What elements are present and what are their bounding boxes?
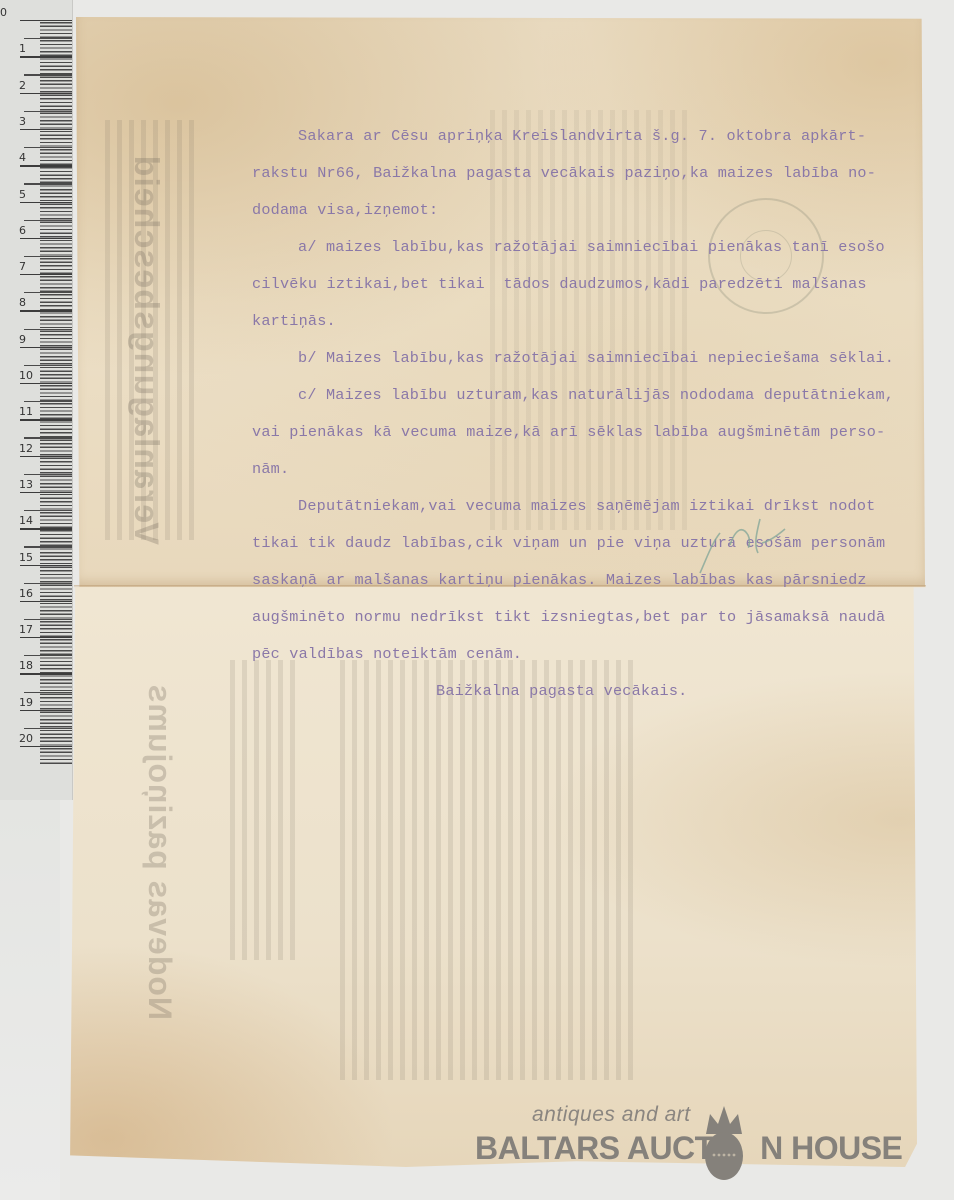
ruler-label: 16: [19, 587, 33, 600]
ruler-half-tick: [24, 256, 72, 257]
ruler-major-tick: [20, 347, 72, 348]
ruler-half-tick: [24, 510, 72, 511]
text-line: saskaņā ar malšanas kartiņu pienākas. Ma…: [252, 562, 932, 599]
ruler-half-tick: [24, 365, 72, 366]
ruler-half-tick: [24, 728, 72, 729]
ruler-half-tick: [24, 183, 72, 184]
watermark-brand: BALTARS AUCTIN HOUSE: [475, 1130, 902, 1167]
ruler-label: 3: [19, 115, 26, 128]
ruler-half-tick: [24, 619, 72, 620]
ruler-major-tick: [20, 202, 72, 203]
ruler-half-tick: [24, 292, 72, 293]
ruler-major-tick: [20, 419, 72, 420]
ruler-label: 9: [19, 333, 26, 346]
ruler-major-tick: [20, 565, 72, 566]
ruler-label: 8: [19, 296, 26, 309]
text-line: b/ Maizes labību,kas ražotājai saimniecī…: [252, 340, 932, 377]
ruler-major-tick: [20, 528, 72, 529]
ruler-half-tick: [24, 474, 72, 475]
ruler-major-tick: [20, 710, 72, 711]
ruler-label: 15: [19, 551, 33, 564]
text-line: augšminēto normu nedrīkst tikt izsniegta…: [252, 599, 932, 636]
bleed-through-text-block: [105, 120, 195, 540]
handwritten-signature: [690, 515, 790, 575]
ruler-major-tick: [20, 310, 72, 311]
ruler-label: 20: [19, 732, 33, 745]
ruler-major-tick: [20, 165, 72, 166]
watermark-brand-right: N HOUSE: [760, 1130, 902, 1166]
measuring-ruler: 01234567891011121314151617181920: [0, 0, 73, 800]
ruler-major-tick: [20, 238, 72, 239]
ruler-half-tick: [24, 220, 72, 221]
ruler-half-tick: [24, 329, 72, 330]
text-line: pēc valdības noteiktām cenām.: [252, 636, 932, 673]
text-line: Deputātniekam,vai vecuma maizes saņēmēja…: [252, 488, 932, 525]
ruler-major-tick: [20, 746, 72, 747]
text-line: tikai tik daudz labības,cik viņam un pie…: [252, 525, 932, 562]
ruler-label: 19: [19, 696, 33, 709]
watermark-brand-left: BALTARS AUCTI: [475, 1130, 722, 1166]
ruler-label: 6: [19, 224, 26, 237]
watermark-tagline: antiques and art: [532, 1103, 691, 1127]
ruler-major-tick: [20, 274, 72, 275]
ruler-half-tick: [24, 111, 72, 112]
ruler-label: 11: [19, 405, 33, 418]
ruler-label: 13: [19, 478, 33, 491]
text-line: vai pienākas kā vecuma maize,kā arī sēkl…: [252, 414, 932, 451]
ruler-half-tick: [24, 147, 72, 148]
ruler-label: 5: [19, 188, 26, 201]
bleed-through-heading-lower: Nodevas paziņojums: [141, 684, 178, 1020]
ruler-major-tick: [20, 601, 72, 602]
ruler-major-tick: [20, 129, 72, 130]
ruler-major-tick: [20, 56, 72, 57]
signature-line: Baižkalna pagasta vecākais.: [252, 673, 932, 710]
ruler-ticks: [40, 22, 72, 764]
ruler-label: 4: [19, 151, 26, 164]
ruler-label: 7: [19, 260, 26, 273]
ruler-half-tick: [24, 74, 72, 75]
ruler-half-tick: [24, 583, 72, 584]
text-line: a/ maizes labību,kas ražotājai saimniecī…: [252, 229, 932, 266]
ruler-label: 10: [19, 369, 33, 382]
ruler-major-tick: [20, 20, 72, 21]
ruler-major-tick: [20, 456, 72, 457]
ruler-label: 14: [19, 514, 33, 527]
ruler-half-tick: [24, 437, 72, 438]
ruler-label: 2: [19, 79, 26, 92]
ruler-half-tick: [24, 692, 72, 693]
text-line: cilvēku iztikai,bet tikai tādos daudzumo…: [252, 266, 932, 303]
ruler-major-tick: [20, 93, 72, 94]
ruler-label: 1: [19, 42, 26, 55]
ruler-label: 18: [19, 659, 33, 672]
ruler-label: 17: [19, 623, 33, 636]
bleed-through-text-block: [340, 660, 640, 1080]
ruler-half-tick: [24, 546, 72, 547]
ruler-major-tick: [20, 637, 72, 638]
ruler-major-tick: [20, 383, 72, 384]
text-line: dodama visa,izņemot:: [252, 192, 932, 229]
text-line: c/ Maizes labību uzturam,kas naturālijās…: [252, 377, 932, 414]
ruler-major-tick: [20, 673, 72, 674]
text-line: nām.: [252, 451, 932, 488]
text-line: Sakara ar Cēsu apriņķa Kreislandvirta š.…: [252, 118, 932, 155]
ruler-half-tick: [24, 38, 72, 39]
crown-orb-icon: [702, 1100, 746, 1184]
ruler-end: [0, 800, 60, 1200]
text-line: kartiņās.: [252, 303, 932, 340]
text-line: rakstu Nr66, Baižkalna pagasta vecākais …: [252, 155, 932, 192]
ruler-half-tick: [24, 401, 72, 402]
ruler-major-tick: [20, 492, 72, 493]
ruler-label: 12: [19, 442, 33, 455]
ruler-label: 0: [0, 6, 7, 19]
typewritten-notice: Sakara ar Cēsu apriņķa Kreislandvirta š.…: [252, 118, 932, 710]
ruler-half-tick: [24, 655, 72, 656]
